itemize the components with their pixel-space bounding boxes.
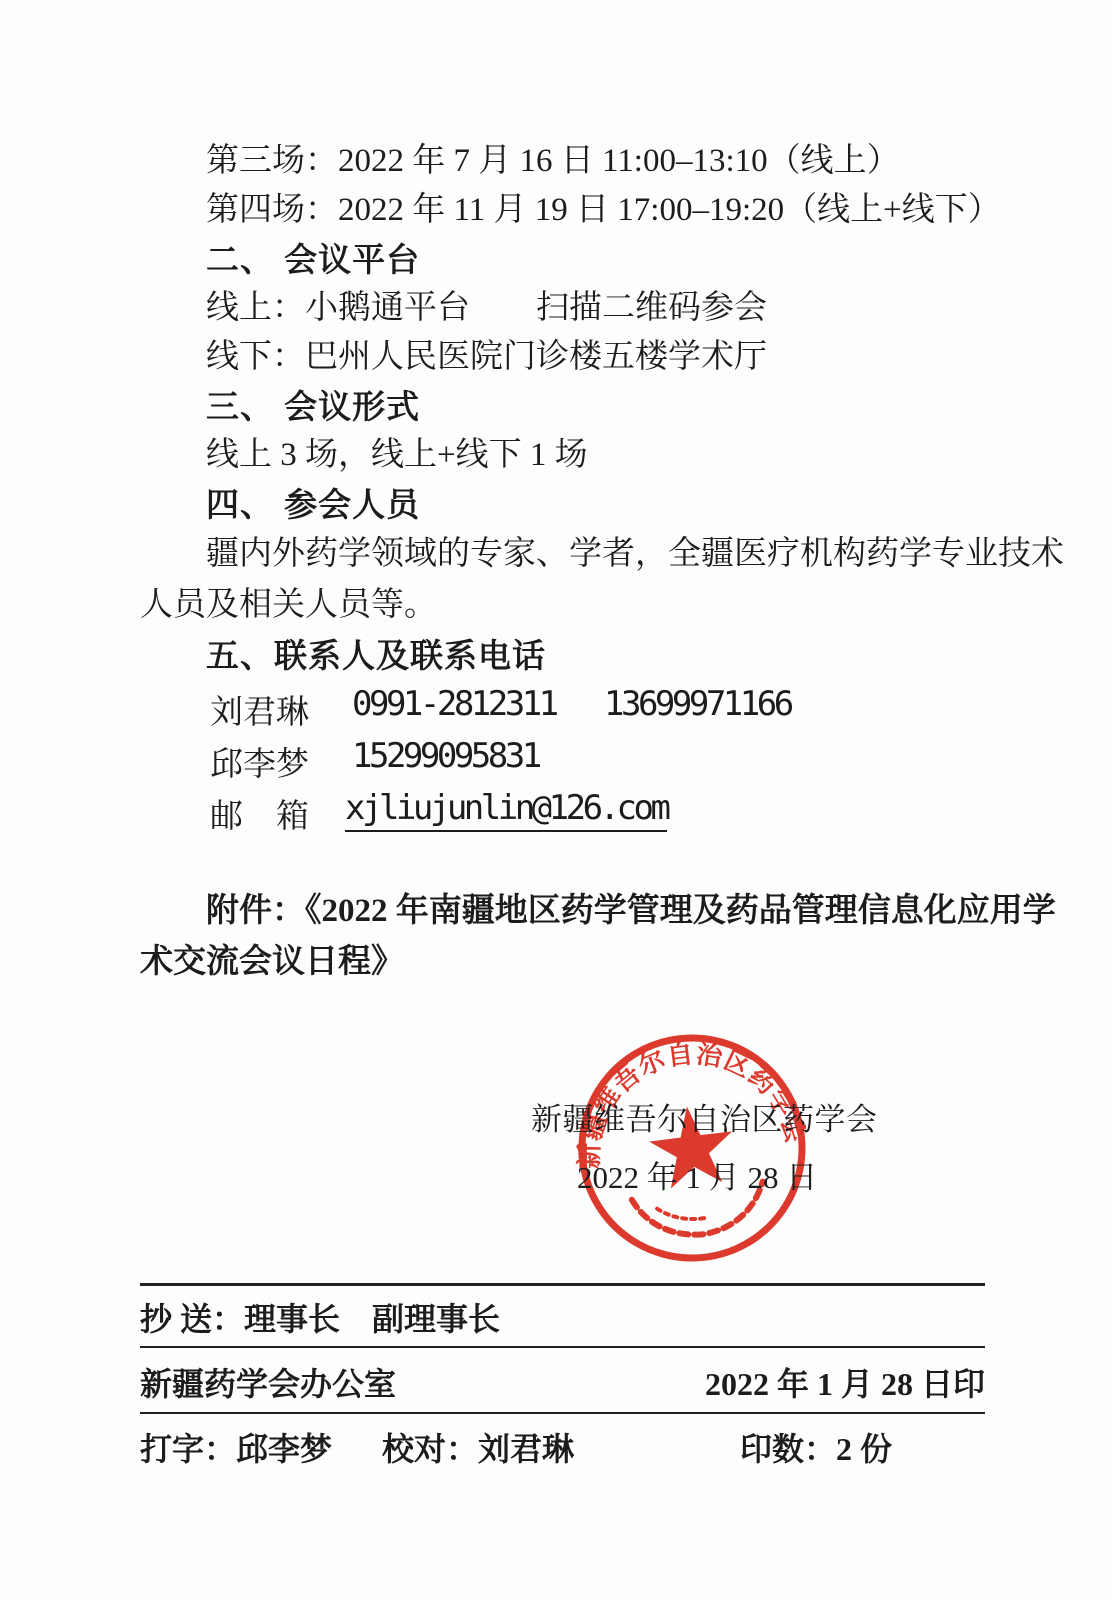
schedule-session4: 第四场：2022 年 11 月 19 日 17:00–19:20（线上+线下） xyxy=(140,186,985,235)
heading-participants: 四、 参会人员 xyxy=(140,480,985,529)
contact-row: 刘君琳 0991-2812311 13699971166 xyxy=(140,680,985,732)
document-content: 第三场：2022 年 7 月 16 日 11:00–13:10（线上） 第四场：… xyxy=(140,137,985,1470)
cc-text: 抄 送：理事长 副理事长 xyxy=(140,1301,500,1337)
signature-org-name: 新疆维吾尔自治区药学会 xyxy=(531,1094,878,1139)
platform-online: 线上：小鹅通平台 扫描二维码参会 xyxy=(140,284,985,333)
schedule-session3: 第三场：2022 年 7 月 16 日 11:00–13:10（线上） xyxy=(140,137,985,186)
heading-meeting-platform: 二、 会议平台 xyxy=(140,235,985,284)
participants-line-2: 人员及相关人员等。 xyxy=(140,580,985,631)
contact-row-email: 邮 箱 xjliujunlin@126.com xyxy=(140,784,985,836)
production-row: 打字：邱李梦 校对：刘君琳 印数：2 份 xyxy=(140,1414,985,1470)
typist: 打字：邱李梦 xyxy=(140,1431,332,1467)
signature-date: 2022 年 1 月 28 日 xyxy=(577,1152,817,1197)
participants-line-1: 疆内外药学领域的专家、学者，全疆医疗机构药学专业技术 xyxy=(140,529,985,580)
platform-offline: 线下：巴州人民医院门诊楼五楼学术厅 xyxy=(140,333,985,382)
copies-count: 印数：2 份 xyxy=(740,1424,892,1470)
contact-phone-mobile: 15299095831 xyxy=(352,736,539,776)
email-label: 邮 箱 xyxy=(210,790,309,837)
signature-block: 新疆维吾尔自治区药学会 新疆维吾尔自治区药学会 2022 年 1 月 28 日 xyxy=(140,988,985,1283)
contact-phone-mobile: 13699971166 xyxy=(604,684,791,724)
document-page: 第三场：2022 年 7 月 16 日 11:00–13:10（线上） 第四场：… xyxy=(0,0,1112,1600)
document-footer: 抄 送：理事长 副理事长 新疆药学会办公室 2022 年 1 月 28 日印 打… xyxy=(140,1283,985,1470)
attachment-line-1: 附件：《2022 年南疆地区药学管理及药品管理信息化应用学 xyxy=(140,886,985,937)
issuing-office-row: 新疆药学会办公室 2022 年 1 月 28 日印 xyxy=(140,1348,985,1414)
contact-row: 邱李梦 15299095831 xyxy=(140,732,985,784)
heading-contacts: 五、联系人及联系电话 xyxy=(140,631,985,680)
cc-row: 抄 送：理事长 副理事长 xyxy=(140,1286,985,1348)
contact-name: 刘君琳 xyxy=(210,686,309,733)
contact-phone-office: 0991-2812311 xyxy=(352,684,556,724)
email-address: xjliujunlin@126.com xyxy=(345,788,667,832)
heading-meeting-format: 三、 会议形式 xyxy=(140,382,985,431)
attachment-line-2: 术交流会议日程》 xyxy=(140,937,985,988)
attachment-block: 附件：《2022 年南疆地区药学管理及药品管理信息化应用学 术交流会议日程》 xyxy=(140,886,985,988)
official-seal-stamp: 新疆维吾尔自治区药学会 xyxy=(572,1028,812,1268)
meeting-format: 线上 3 场，线上+线下 1 场 xyxy=(140,431,985,480)
seal-script-arc-2 xyxy=(657,1203,706,1224)
contact-name: 邱李梦 xyxy=(210,738,309,785)
print-date: 2022 年 1 月 28 日印 xyxy=(705,1359,985,1405)
issuing-office: 新疆药学会办公室 xyxy=(140,1359,396,1405)
proofreader: 校对：刘君琳 xyxy=(382,1431,574,1467)
